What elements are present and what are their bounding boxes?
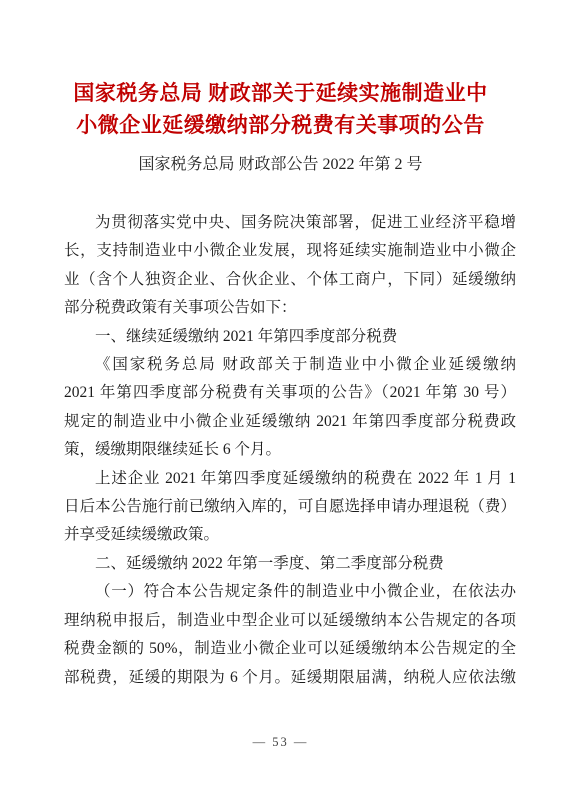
text-line: 日后本公告施行前已缴纳入库的，可自愿选择申请办理退税（费） — [64, 493, 516, 521]
text-line: 2021 年第四季度部分税费有关事项的公告》（2021 年第 30 号） — [64, 379, 516, 407]
document-body: 为贯彻落实党中央、国务院决策部署，促进工业经济平稳增长，支持制造业中小微企业发展… — [64, 209, 516, 692]
text-line: 税费金额的 50%，制造业小微企业可以延缓缴纳本公告规定的全 — [64, 635, 516, 663]
text-line: 部分税费政策有关事项公告如下： — [64, 294, 516, 322]
text-line: 上述企业 2021 年第四季度延缓缴纳的税费在 2022 年 1 月 1 — [64, 465, 516, 493]
heading-line: 一、继续延缓缴纳 2021 年第四季度部分税费 — [64, 323, 516, 351]
text-line: （一）符合本公告规定条件的制造业中小微企业，在依法办 — [64, 578, 516, 606]
text-line: 《国家税务总局 财政部关于制造业中小微企业延缓缴纳 — [64, 351, 516, 379]
text-line: 部税费，延缓的期限为 6 个月。延缓期限届满，纳税人应依法缴 — [64, 664, 516, 692]
document-page: 国家税务总局 财政部关于延续实施制造业中 小微企业延缓缴纳部分税费有关事项的公告… — [0, 0, 561, 793]
text-line: 理纳税申报后，制造业中型企业可以延缓缴纳本公告规定的各项 — [64, 607, 516, 635]
document-title: 国家税务总局 财政部关于延续实施制造业中 小微企业延缓缴纳部分税费有关事项的公告 — [30, 77, 531, 141]
text-line: 为贯彻落实党中央、国务院决策部署，促进工业经济平稳增 — [64, 209, 516, 237]
section-heading: 一、继续延缓缴纳 2021 年第四季度部分税费 — [64, 323, 516, 351]
text-line: 并享受延续缓缴政策。 — [64, 521, 516, 549]
page-number: — 53 — — [0, 735, 561, 750]
text-line: 长，支持制造业中小微企业发展，现将延续实施制造业中小微企 — [64, 237, 516, 265]
document-title-line-2: 小微企业延缓缴纳部分税费有关事项的公告 — [30, 109, 531, 141]
text-line: 策，缓缴期限继续延长 6 个月。 — [64, 436, 516, 464]
section-heading: 二、延缓缴纳 2022 年第一季度、第二季度部分税费 — [64, 550, 516, 578]
text-line: 业（含个人独资企业、合伙企业、个体工商户，下同）延缓缴纳 — [64, 266, 516, 294]
body-paragraph: 上述企业 2021 年第四季度延缓缴纳的税费在 2022 年 1 月 1日后本公… — [64, 465, 516, 550]
heading-line: 二、延缓缴纳 2022 年第一季度、第二季度部分税费 — [64, 550, 516, 578]
body-paragraph: 《国家税务总局 财政部关于制造业中小微企业延缓缴纳2021 年第四季度部分税费有… — [64, 351, 516, 465]
body-paragraph: 为贯彻落实党中央、国务院决策部署，促进工业经济平稳增长，支持制造业中小微企业发展… — [64, 209, 516, 323]
document-number: 国家税务总局 财政部公告 2022 年第 2 号 — [0, 154, 561, 176]
text-line: 规定的制造业中小微企业延缓缴纳 2021 年第四季度部分税费政 — [64, 408, 516, 436]
document-title-line-1: 国家税务总局 财政部关于延续实施制造业中 — [30, 77, 531, 109]
body-paragraph: （一）符合本公告规定条件的制造业中小微企业，在依法办理纳税申报后，制造业中型企业… — [64, 578, 516, 692]
